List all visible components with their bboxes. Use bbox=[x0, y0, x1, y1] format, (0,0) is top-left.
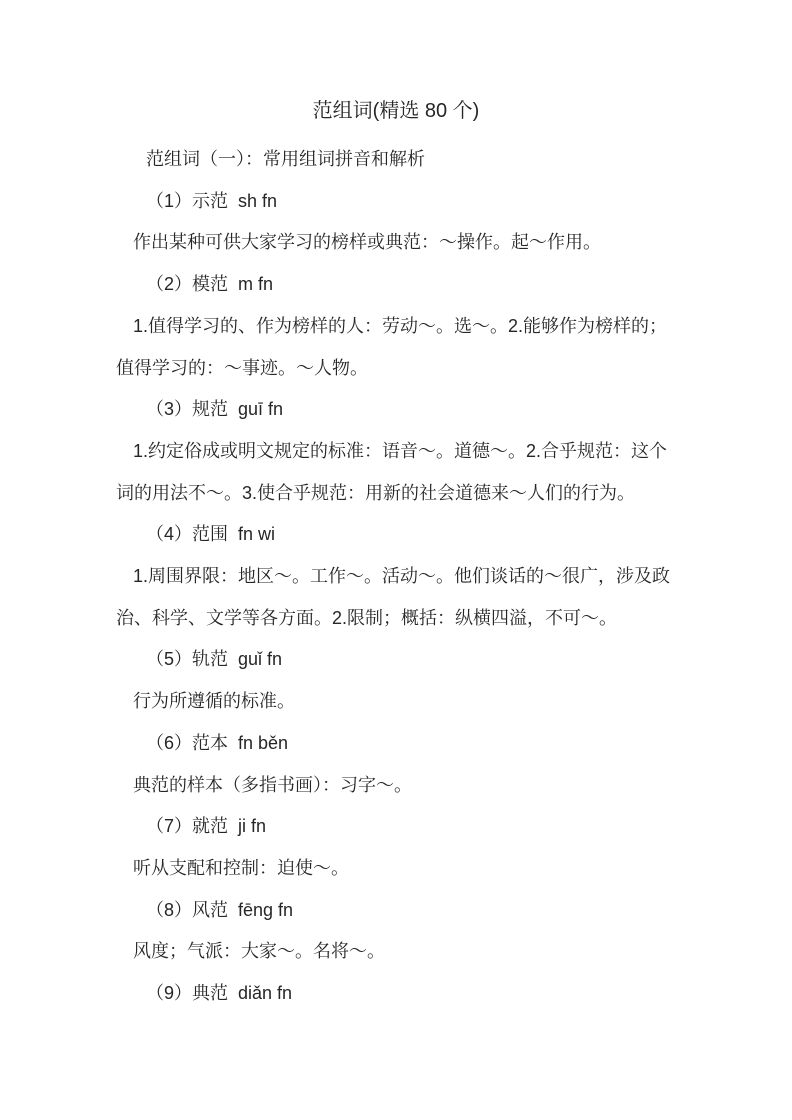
document-body: 范组词（一）：常用组词拼音和解析 （1）示范 sh fn 作出某种可供大家学习的… bbox=[116, 139, 676, 1015]
entry-definition: 风度；气派：大家～。名将～。 bbox=[116, 931, 676, 973]
entry-definition: 1.值得学习的、作为榜样的人：劳动～。选～。2.能够作为榜样的；值得学习的：～事… bbox=[116, 306, 676, 389]
document-title: 范组词(精选 80 个) bbox=[116, 97, 676, 125]
entry-word-line: （2）模范 m fn bbox=[116, 264, 676, 306]
entry-definition: 典范的样本（多指书画）：习字～。 bbox=[116, 765, 676, 807]
entry-word-line: （7）就范 ji fn bbox=[116, 806, 676, 848]
entry-word-line: （1）示范 sh fn bbox=[116, 181, 676, 223]
entry-word-line: （9）典范 diǎn fn bbox=[116, 973, 676, 1015]
entry-word-line: （6）范本 fn běn bbox=[116, 723, 676, 765]
entry-word-line: （5）轨范 guǐ fn bbox=[116, 639, 676, 681]
section-heading: 范组词（一）：常用组词拼音和解析 bbox=[116, 139, 676, 181]
entry-word-line: （3）规范 guī fn bbox=[116, 389, 676, 431]
entry-word-line: （8）风范 fēng fn bbox=[116, 890, 676, 932]
entry-definition: 行为所遵循的标准。 bbox=[116, 681, 676, 723]
entry-word-line: （4）范围 fn wi bbox=[116, 514, 676, 556]
entry-definition: 1.周围界限：地区～。工作～。活动～。他们谈话的～很广，涉及政治、科学、文学等各… bbox=[116, 556, 676, 639]
entry-definition: 1.约定俗成或明文规定的标准：语音～。道德～。2.合乎规范：这个词的用法不～。3… bbox=[116, 431, 676, 514]
document-page: 范组词(精选 80 个) 范组词（一）：常用组词拼音和解析 （1）示范 sh f… bbox=[0, 0, 792, 1120]
entry-definition: 听从支配和控制：迫使～。 bbox=[116, 848, 676, 890]
entry-definition: 作出某种可供大家学习的榜样或典范：～操作。起～作用。 bbox=[116, 222, 676, 264]
